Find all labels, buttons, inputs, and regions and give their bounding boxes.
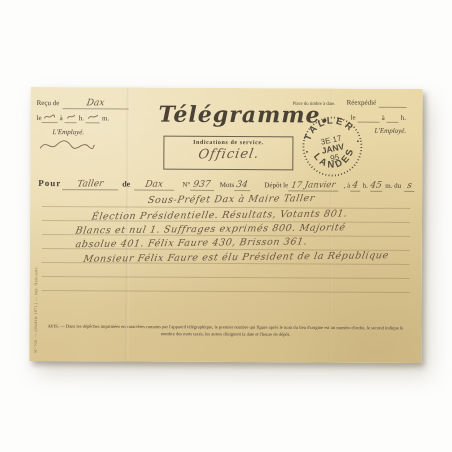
photo-background: Reçu de Dax le à h. m. L'Employé. Télégr… (0, 0, 452, 452)
reexpedie-line: Réexpédié (347, 99, 419, 108)
pour-label: Pour (38, 178, 62, 188)
reexpedie-label: Réexpédié (347, 99, 377, 107)
telegram-form: Reçu de Dax le à h. m. L'Employé. Télégr… (29, 87, 422, 363)
depot-label: Dépôt le (250, 181, 288, 189)
message-line: Élection Présidentielle. Résultats, Vota… (92, 208, 347, 222)
depot-date-value: 17 Janvier (288, 180, 338, 191)
received-minute-field (86, 113, 100, 123)
received-block-line2: le à h. m. (37, 113, 161, 124)
stamp-year-text: 95 (329, 152, 340, 163)
m-label: m. du (382, 182, 404, 190)
address-line: Sous-Préfet Dax à Maire Taller (148, 193, 314, 207)
forward-day-field (358, 114, 380, 123)
received-hour-field (65, 113, 77, 123)
depot-minute-value: 45 (370, 181, 382, 192)
a-label: à (60, 114, 63, 122)
handwriting-scribble (44, 113, 56, 120)
m-label: m. (102, 114, 109, 122)
a-label: à (382, 114, 385, 122)
h-label: h. (401, 114, 406, 122)
margin-imprint: N° 700. — (Modèle 1871.) — Imp. National… (33, 266, 38, 353)
forward-hour-field (387, 114, 399, 123)
received-day-field (42, 113, 58, 123)
de-label: de (118, 179, 134, 188)
message-rule (42, 290, 410, 293)
form-title: Télégramme. (159, 102, 309, 129)
employe-label-right: L'Employé. (374, 127, 406, 135)
employee-signature-scribble (38, 137, 96, 153)
forward-date-line: le à h. (351, 114, 419, 123)
reexpedie-field (378, 99, 406, 108)
mots-label: Mots (214, 181, 234, 189)
message-line: Monsieur Félix Faure est élu Président d… (84, 250, 389, 265)
received-block-line1: Reçu de Dax (37, 98, 157, 110)
ampm-value: s (404, 181, 414, 192)
avis-notice-wrap: AVIS. — Dans les dépêches imprimées en c… (47, 323, 403, 347)
numero-value: 937 (190, 180, 214, 191)
avis-notice: AVIS. — Dans les dépêches imprimées en c… (47, 323, 403, 339)
routing-line: Pour Taller de Dax N° 937 Mots 34 Dépôt … (38, 178, 416, 192)
a-label: , à (338, 182, 350, 190)
origin-value: Dax (134, 180, 174, 191)
service-indications-value: Officiel. (164, 147, 292, 163)
h-label: h. (79, 114, 84, 122)
numero-label: N° (174, 181, 190, 189)
handwriting-scribble (66, 113, 75, 120)
recu-origin-value: Dax (62, 98, 128, 109)
handwriting-scribble (87, 113, 98, 120)
depot-hour-value: 4 (350, 181, 360, 192)
postmark-stamp: TALLER LANDES 3E 17 JANV 95 (295, 109, 371, 185)
service-indications-box: Indications de service. Officiel. (163, 136, 293, 171)
message-line: absolue 401. Félix Faure 430, Brisson 36… (76, 236, 307, 250)
message-rule (42, 276, 410, 279)
employe-label-left: L'Employé. (52, 128, 84, 136)
destination-value: Taller (62, 179, 118, 190)
mots-value: 34 (234, 180, 250, 191)
recu-label: Reçu de (37, 99, 60, 107)
service-indications-label: Indications de service. (164, 140, 292, 147)
